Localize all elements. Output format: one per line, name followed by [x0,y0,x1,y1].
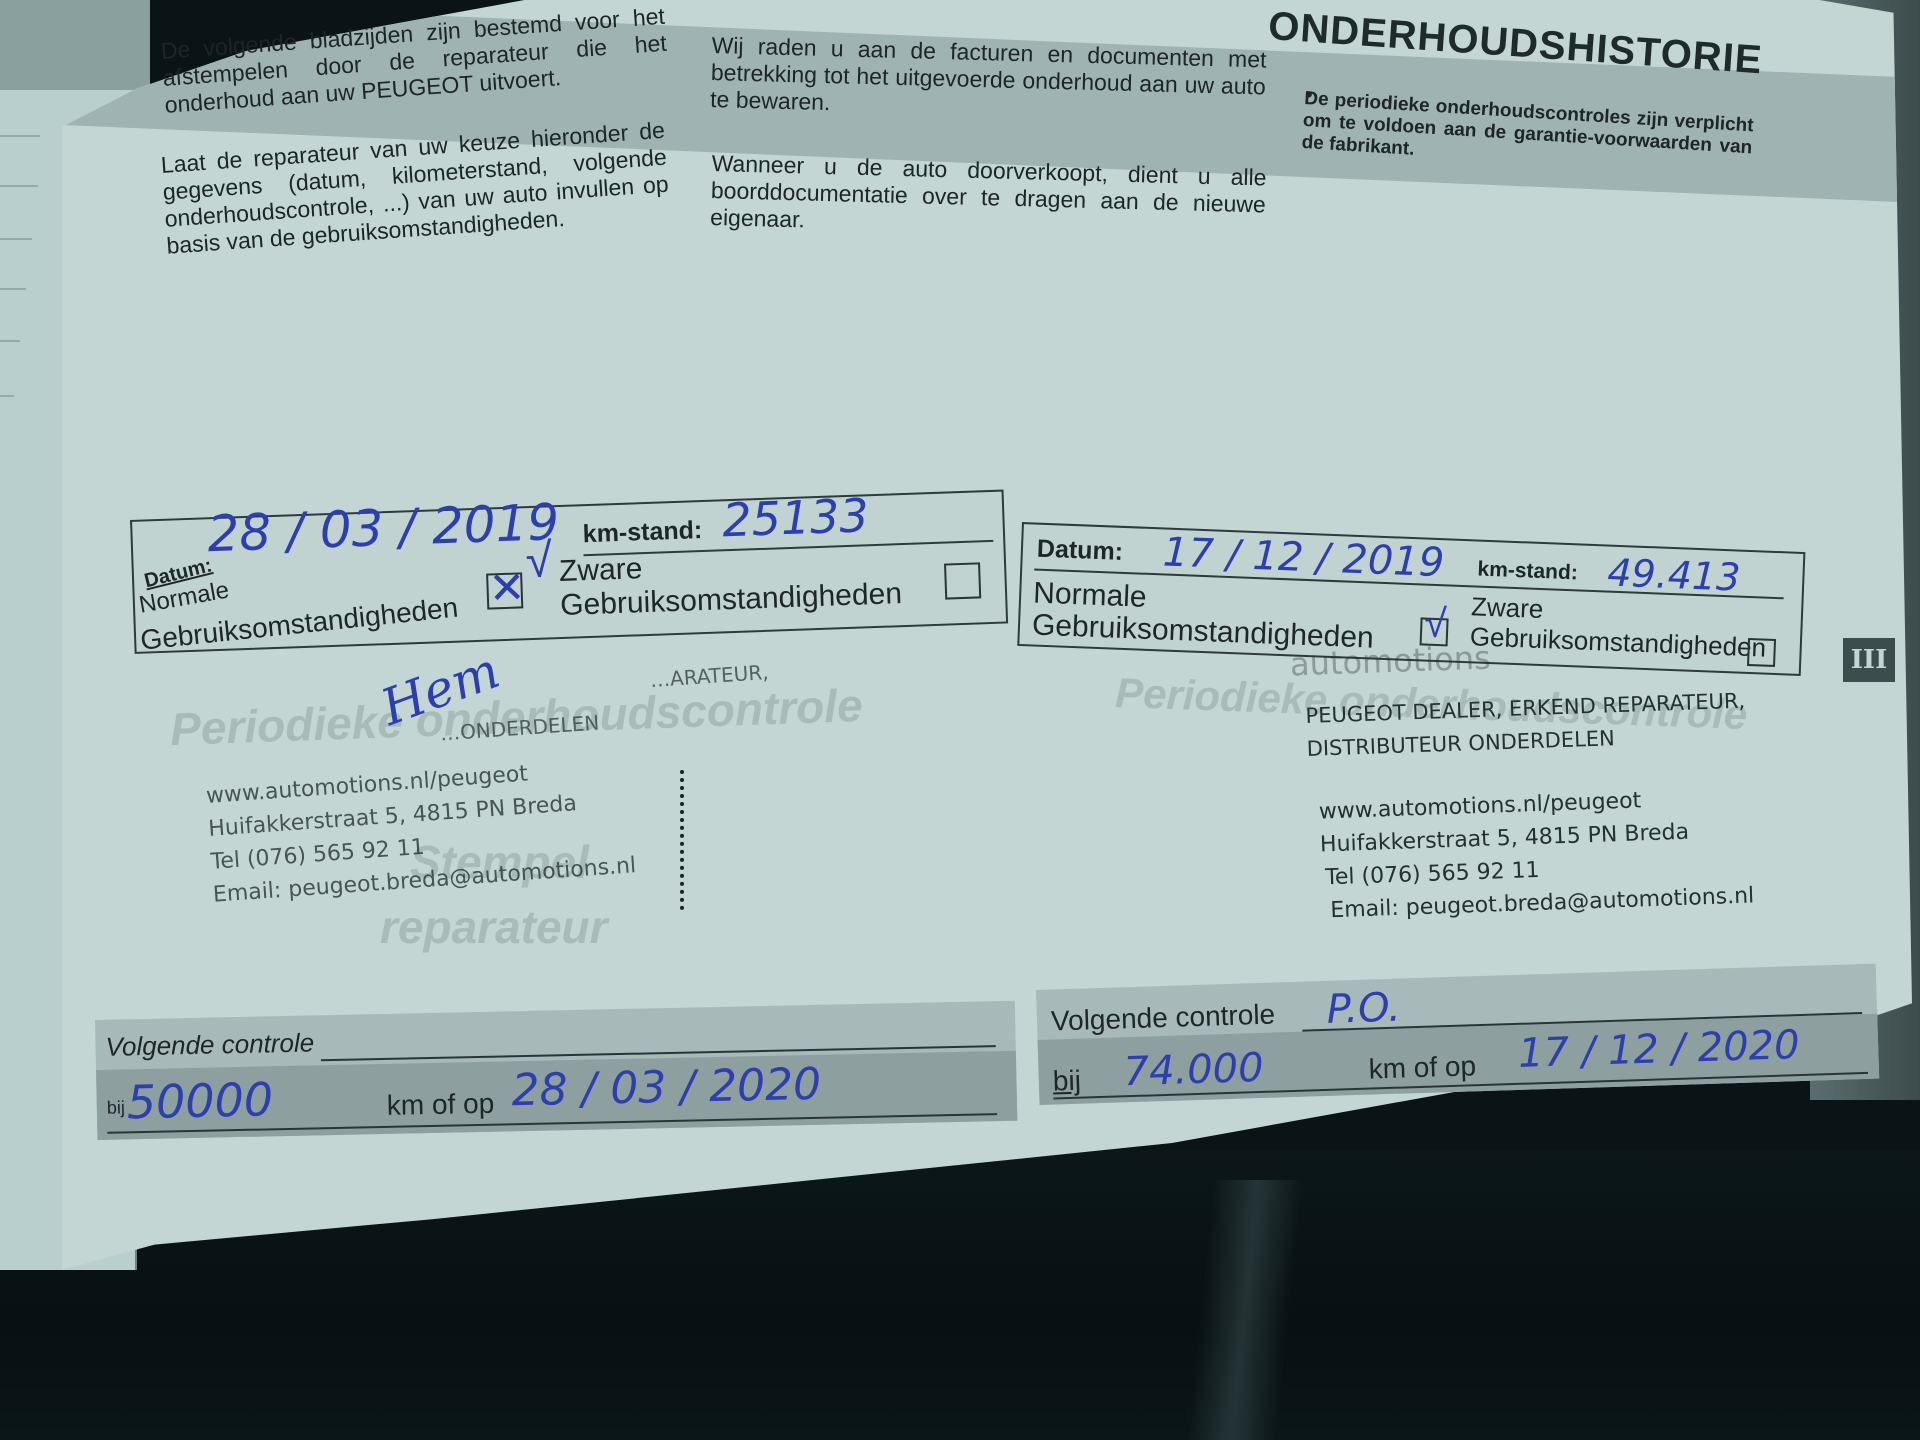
at-label: bij [1052,1065,1081,1098]
next-date-field[interactable]: 28 / 03 / 2020 [511,1059,822,1116]
service-date-field[interactable]: 28 / 03 / 2019 [207,493,561,563]
checkmark-icon: √ [1424,604,1447,645]
km-stand-label: km-stand: [582,516,702,549]
km-stand-label: km-stand: [1477,558,1578,586]
stamp-brand-faint: automotions [1289,642,1491,682]
left-page-rule [0,288,26,290]
left-page-rule [0,340,20,342]
at-label: bij [107,1097,125,1118]
next-control-label: Volgende controle [105,1027,314,1062]
section-tab-badge: III [1843,638,1895,682]
km-stand-field[interactable]: 49.413 [1607,551,1742,600]
next-control-section-1: Volgende controle bij 50000 km of op 28 … [95,1001,1017,1140]
left-page-rule [0,395,14,397]
left-page-rule [0,185,38,187]
stamp-ink-smudge [680,770,694,910]
next-control-label: Volgende controle [1050,999,1275,1038]
next-control-field[interactable]: P.O. [1326,985,1401,1033]
left-page-rule [0,238,32,240]
left-page-shadow [0,0,150,95]
service-date-field[interactable]: 17 / 12 / 2019 [1162,529,1445,586]
heavy-usage-checkbox[interactable] [944,562,981,599]
km-or-on-label: km of op [1368,1050,1476,1085]
intro-middle-paragraph-1: Wij raden u aan de facturen en documente… [710,32,1267,128]
heavy-usage-label-1: Zware [1470,591,1543,625]
datum-label: Datum: [1036,535,1123,567]
checkbox-x-mark-icon: ✕ [488,566,526,611]
left-page-rule [0,135,40,137]
next-date-field[interactable]: 17 / 12 / 2020 [1518,1022,1801,1077]
next-km-field[interactable]: 50000 [126,1072,273,1129]
checkmark-icon: √ [525,537,553,586]
km-or-on-label: km of op [387,1088,495,1122]
heavy-usage-label-1: Zware [558,552,642,589]
heavy-usage-label-2: Gebruiksomstandigheden [1469,621,1766,663]
dealer-stamp-2: PEUGEOT DEALER, ERKEND REPARATEUR, DISTR… [1305,685,1755,928]
km-stand-field[interactable]: 25133 [721,488,869,547]
normal-usage-checkbox[interactable]: ✕ [486,572,523,609]
intro-middle-paragraph-2: Wanneer u de auto doorverkoopt, dient u … [710,150,1267,246]
next-km-field[interactable]: 74.000 [1123,1045,1264,1095]
heavy-usage-checkbox[interactable] [1747,638,1776,667]
